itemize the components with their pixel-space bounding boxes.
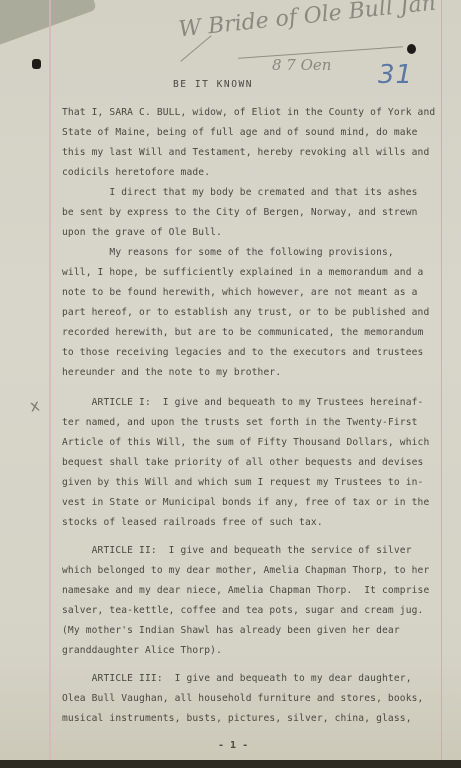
article-3-line: Olea Bull Vaughan, all household furnitu… (62, 693, 423, 704)
article-3-line: musical instruments, busts, pictures, si… (62, 713, 412, 724)
blue-page-number-annotation: 31 (378, 60, 413, 90)
article-1-line: given by this Will and which sum I reque… (62, 477, 423, 488)
punch-hole-right (407, 44, 416, 54)
body-line: this my last Will and Testament, hereby … (62, 147, 429, 158)
page-number: - 1 - (218, 740, 248, 751)
body-line: to those receiving legacies and to the e… (62, 347, 423, 358)
body-line: be sent by express to the City of Bergen… (62, 207, 418, 218)
article-2-line: namesake and my dear niece, Amelia Chapm… (62, 585, 429, 596)
body-line: will, I hope, be sufficiently explained … (62, 267, 423, 278)
page-bottom-edge (0, 760, 461, 768)
body-line: note to be found herewith, which however… (62, 287, 418, 298)
punch-hole-left (32, 59, 41, 69)
body-line: upon the grave of Ole Bull. (62, 227, 222, 238)
document-page: W Bride of Ole Bull Jan 8 7 Oen 31 BE IT… (0, 0, 461, 768)
article-2-line: which belonged to my dear mother, Amelia… (62, 565, 429, 576)
document-heading: BE IT KNOWN (173, 79, 253, 90)
left-margin-rule (49, 0, 51, 768)
body-line: That I, SARA C. BULL, widow, of Eliot in… (62, 107, 435, 118)
body-line: recorded herewith, but are to be communi… (62, 327, 423, 338)
body-line: part hereof, or to establish any trust, … (62, 307, 429, 318)
article-2-line: (My mother's Indian Shawl has already be… (62, 625, 400, 636)
margin-x-mark: x (28, 395, 41, 415)
pencil-annotation-header: W Bride of Ole Bull Jan (177, 0, 437, 42)
article-1-line: ARTICLE I: I give and bequeath to my Tru… (62, 397, 423, 408)
article-1-line: bequest shall take priority of all other… (62, 457, 423, 468)
right-margin-rule (441, 0, 442, 768)
body-line: codicils heretofore made. (62, 167, 210, 178)
article-2-line: salver, tea-kettle, coffee and tea pots,… (62, 605, 423, 616)
body-line: State of Maine, being of full age and of… (62, 127, 418, 138)
body-line: hereunder and the note to my brother. (62, 367, 281, 378)
article-2-line: ARTICLE II: I give and bequeath the serv… (62, 545, 412, 556)
article-3-line: ARTICLE III: I give and bequeath to my d… (62, 673, 412, 684)
article-1-line: stocks of leased railroads free of such … (62, 517, 323, 528)
body-line: My reasons for some of the following pro… (62, 247, 394, 258)
article-1-line: vest in State or Municipal bonds if any,… (62, 497, 429, 508)
body-line: I direct that my body be cremated and th… (62, 187, 418, 198)
article-1-line: ter named, and upon the trusts set forth… (62, 417, 418, 428)
article-2-line: granddaughter Alice Thorp). (62, 645, 222, 656)
article-1-line: Article of this Will, the sum of Fifty T… (62, 437, 429, 448)
pencil-annotation-sub: 8 7 Oen (272, 56, 331, 74)
